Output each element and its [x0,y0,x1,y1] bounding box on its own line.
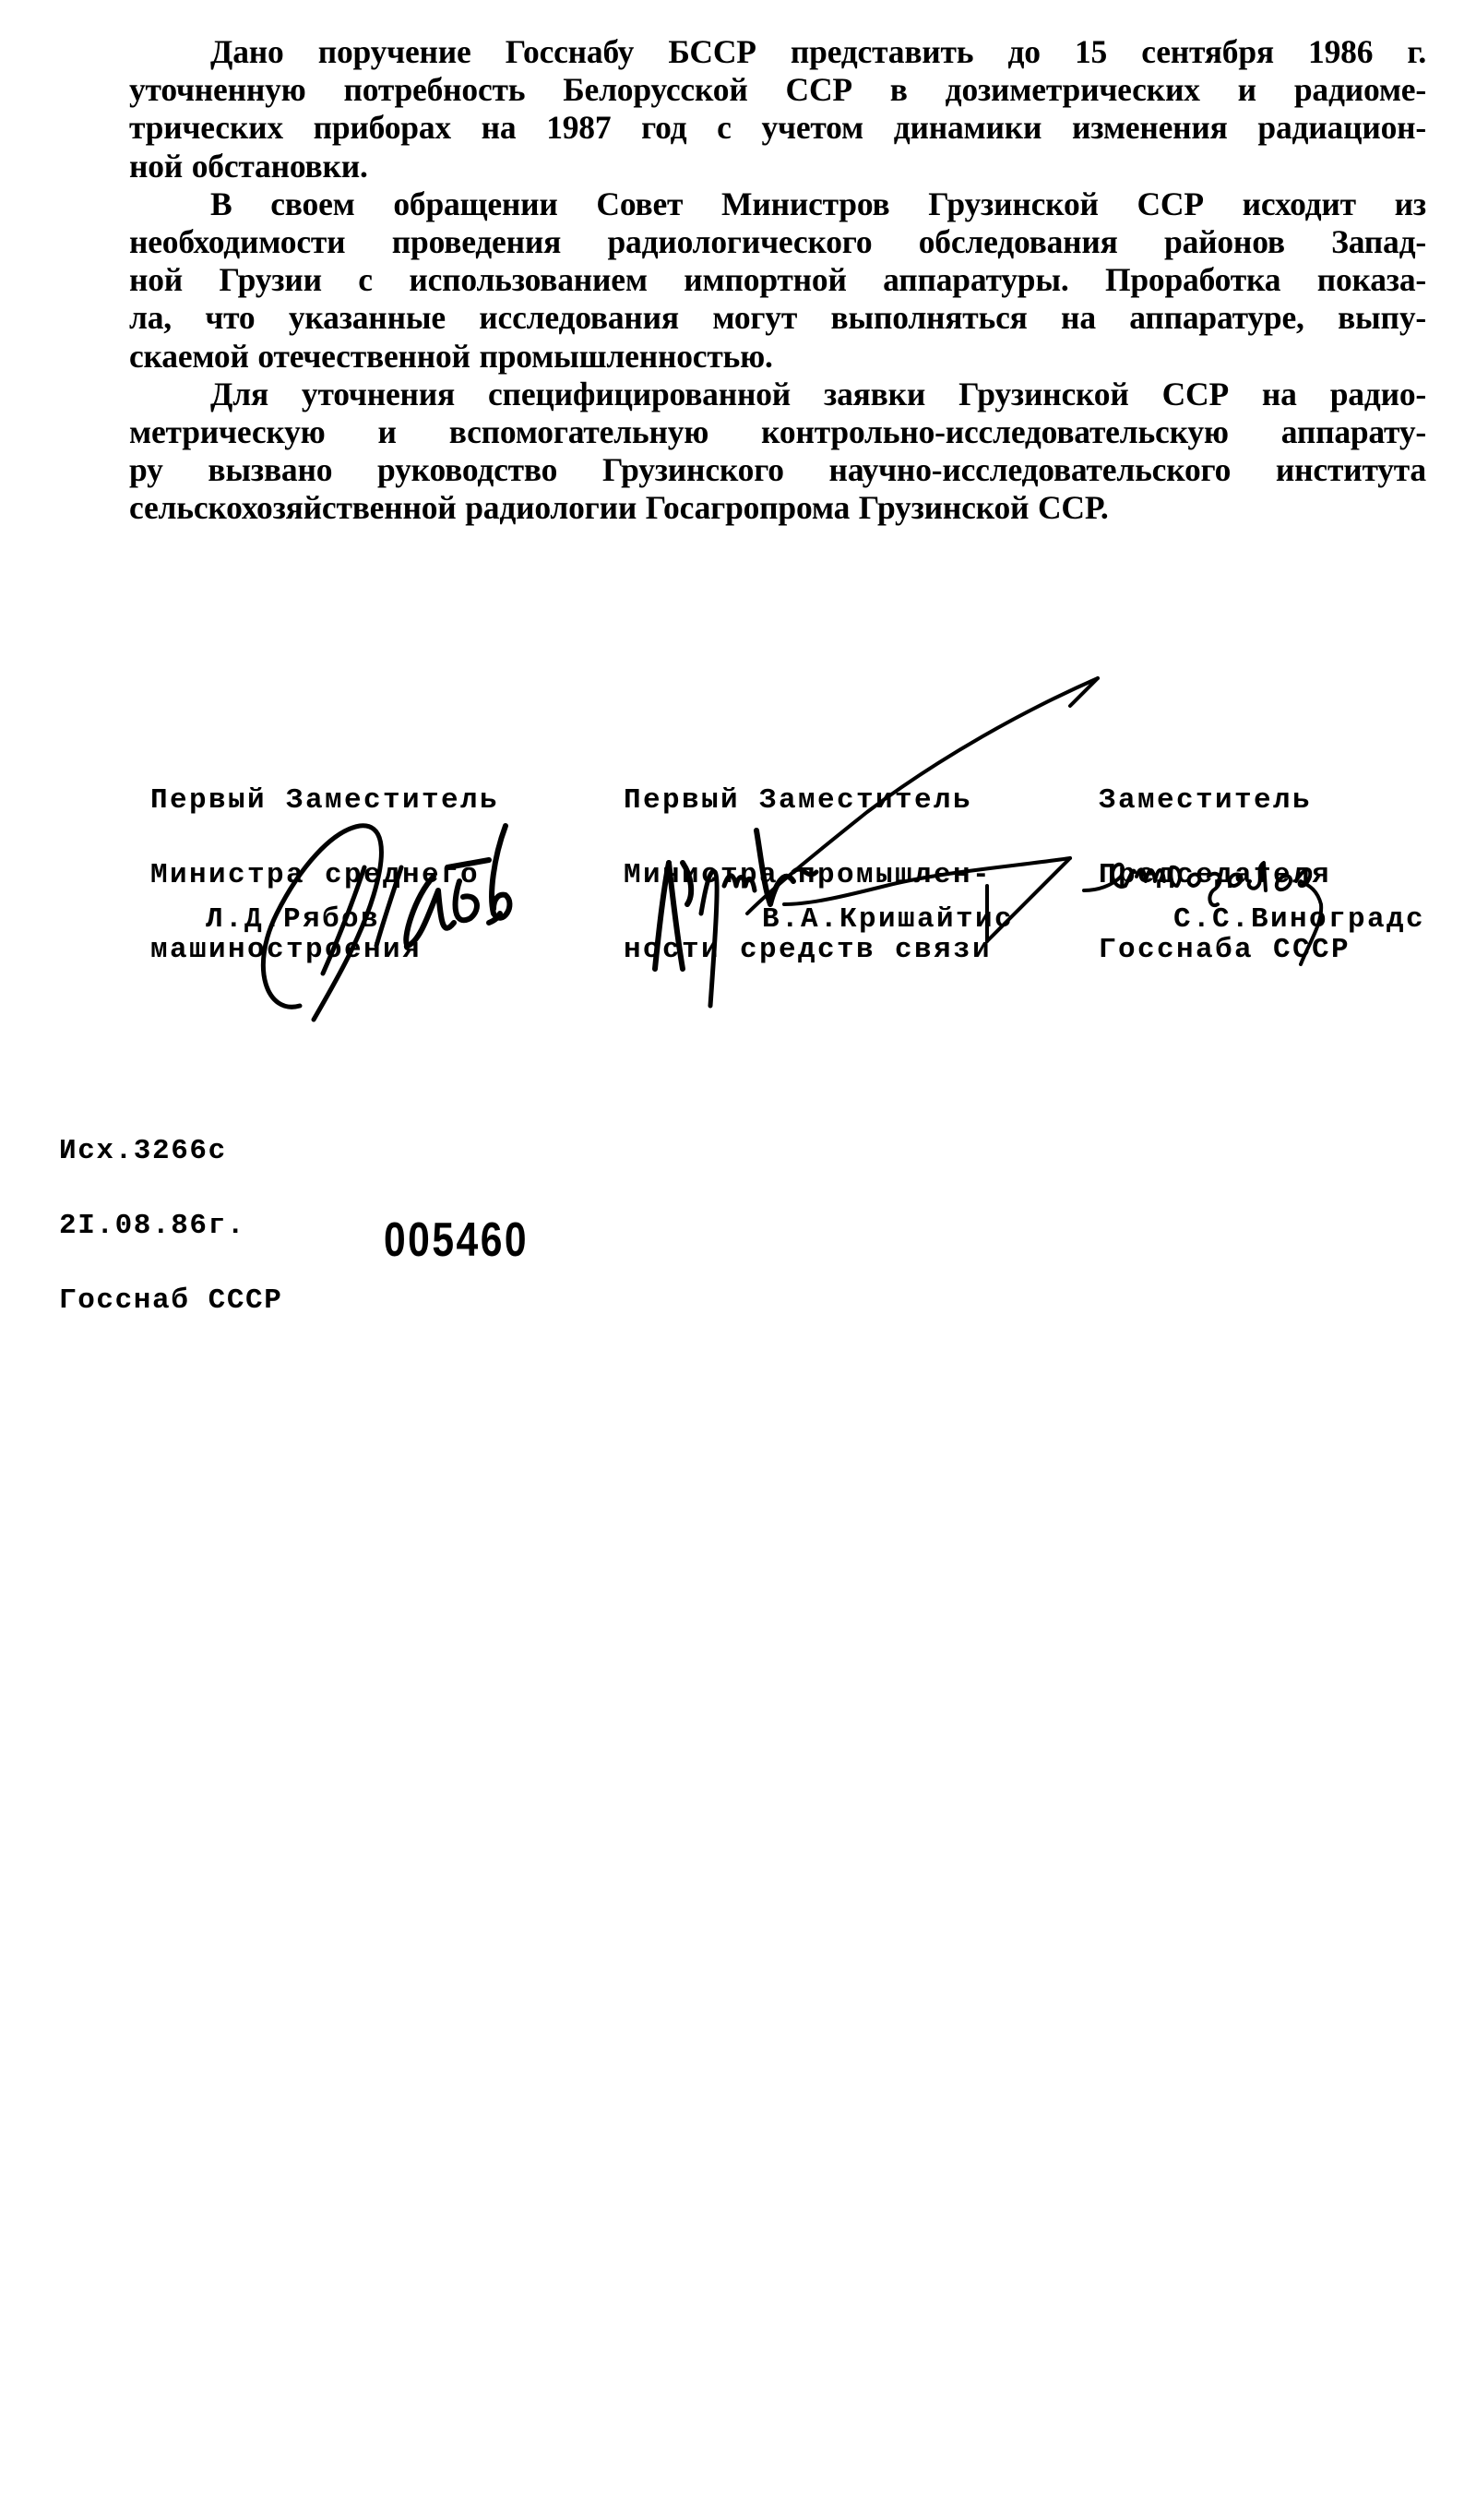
signatory-1-name: Л.Д.Рябов [206,906,380,934]
signatory-2-title: Первый Заместитель Министра промышлен- н… [624,738,992,1012]
text-line: ла, что указанные исследования могут вып… [48,299,1426,337]
text-line: ной обстановки. [48,148,1426,185]
reference-number: Исх.3266с [59,1139,282,1164]
text-line: Дано поручение Госснабу БССР представить… [48,33,1426,71]
signatory-3-name: С.С.Виноградс [1173,906,1476,934]
text-line: сельскохозяйственной радиологии Госагроп… [48,489,1426,527]
text-line: скаемой отечественной промышленностью. [48,338,1426,376]
title-line: Первый Заместитель [624,788,992,813]
text-line: трических приборах на 1987 год с учетом … [48,109,1426,147]
paragraph-3: Для уточнения специфицированной заявки Г… [48,376,1426,528]
text-line: метрическую и вспомогательную контрольно… [48,413,1426,451]
outgoing-reference: Исх.3266с 2I.08.86г. Госснаб СССР [59,1089,282,1363]
text-line: необходимости проведения радиологическог… [48,223,1426,261]
reference-date: 2I.08.86г. [59,1213,282,1238]
title-line: Министра среднего [150,863,499,888]
paragraph-2: В своем обращении Совет Министров Грузин… [48,185,1426,376]
text-line: ной Грузии с использованием импортной ап… [48,261,1426,299]
title-line: Первый Заместитель [150,788,499,813]
signatory-3-title: Заместитель Председателя Госснаба СССР [1099,738,1351,1012]
text-line: уточненную потребность Белорусской ССР в… [48,71,1426,109]
document-body: Дано поручение Госснабу БССР представить… [48,33,1426,528]
title-line: Министра промышлен- [624,863,992,888]
text-line: В своем обращении Совет Министров Грузин… [48,185,1426,223]
reference-organization: Госснаб СССР [59,1288,282,1313]
title-line: ности средств связи [624,938,992,962]
title-line: Заместитель [1099,788,1351,813]
signatory-2-name: В.А.Кришайтис [762,906,1014,934]
title-line: Госснаба СССР [1099,938,1351,962]
title-line: машиностроения [150,938,499,962]
text-line: Для уточнения специфицированной заявки Г… [48,376,1426,413]
text-line: ру вызвано руководство Грузинского научн… [48,451,1426,489]
document-number-stamp: 005460 [384,1214,529,1266]
signatory-1-title: Первый Заместитель Министра среднего маш… [150,738,499,1012]
title-line: Председателя [1099,863,1351,888]
document-page: Дано поручение Госснабу БССР представить… [0,0,1476,2520]
paragraph-1: Дано поручение Госснабу БССР представить… [48,33,1426,185]
